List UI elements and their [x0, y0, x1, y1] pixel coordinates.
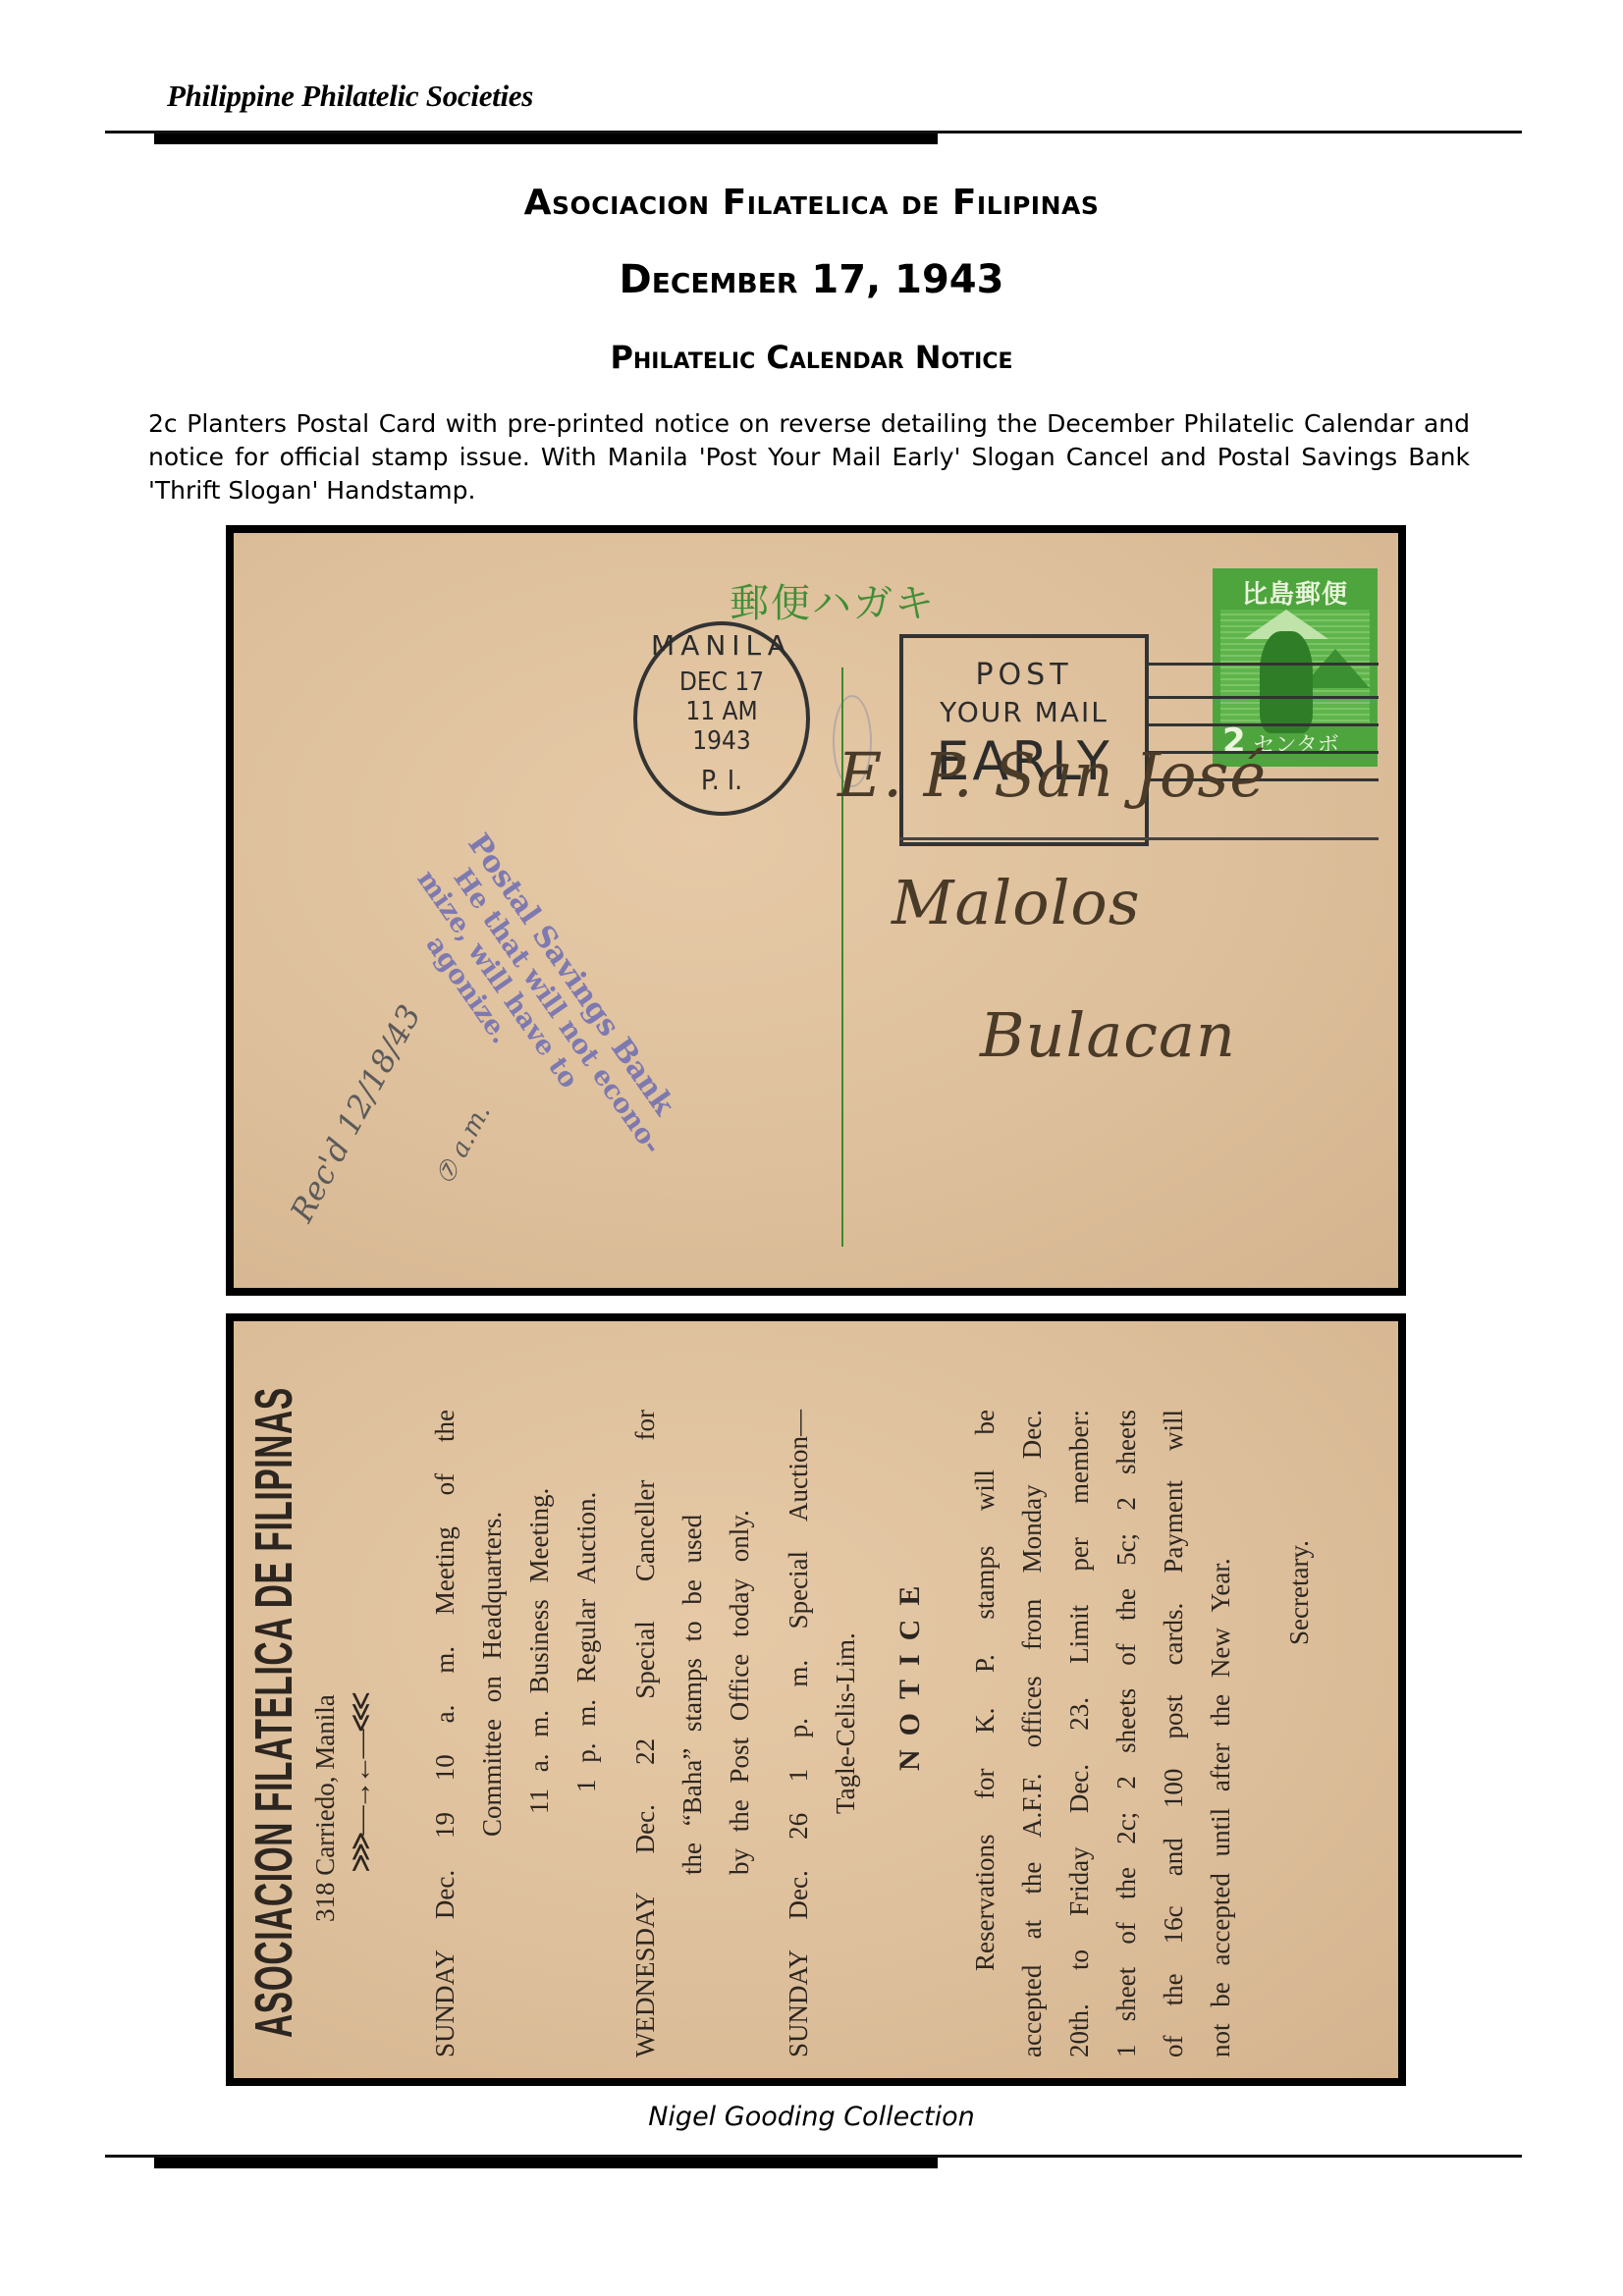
- rotated-notice: ASOCIACION FILATELICA DE FILIPINAS 318 C…: [234, 1321, 1398, 2077]
- calendar-line: Committee on Headquarters.: [477, 1512, 508, 1837]
- calendar-line: Tagle-Celis-Lim.: [831, 1632, 861, 1814]
- calendar-line: 1 p. m. Regular Auction.: [571, 1492, 602, 1792]
- notice-line: Reservations for K. P. stamps will be: [970, 1410, 1001, 1971]
- address-line-2: Malolos: [892, 867, 1141, 938]
- notice-heading: NOTICE: [893, 1573, 927, 1771]
- notice-line: 1 sheet of the 2c; 2 sheets of the 5c; 2…: [1111, 1410, 1142, 2057]
- slogan-base-line: [899, 837, 1379, 840]
- planter-stamp-imprint: 比島郵便 2センタボ: [1213, 568, 1378, 767]
- collection-caption: Nigel Gooding Collection: [0, 2102, 1623, 2132]
- org-name: ASOCIACION FILATELICA DE FILIPINAS: [243, 1387, 304, 2038]
- slogan-line-2: YOUR MAIL: [903, 696, 1145, 728]
- postmark-date: DEC 17: [637, 668, 806, 696]
- card-heading-japanese: 郵便ハガキ: [730, 572, 936, 628]
- postal-savings-handstamp: Postal Savings Bank He that will not eco…: [386, 828, 695, 1195]
- subject-title: Philatelic Calendar Notice: [0, 339, 1623, 376]
- slogan-line-1: POST: [903, 658, 1145, 692]
- stamp-inscription: 比島郵便: [1220, 574, 1370, 604]
- footer-rule-thick: [154, 2158, 938, 2168]
- notice-line: 20th. to Friday Dec. 23. Limit per membe…: [1064, 1410, 1095, 2057]
- date-title: December 17, 1943: [0, 257, 1623, 302]
- killer-bar: [1145, 723, 1379, 726]
- org-address: 318 Carriedo, Manila: [310, 1694, 341, 1922]
- item-description: 2c Planters Postal Card with pre-printed…: [148, 407, 1470, 507]
- notice-line: of the 16c and 100 post cards. Payment w…: [1159, 1410, 1189, 2057]
- received-time: ⑦ a.m.: [430, 1099, 497, 1190]
- postal-card-back: ASOCIACION FILATELICA DE FILIPINAS 318 C…: [226, 1313, 1406, 2086]
- society-title: Asociacion Filatelica de Filipinas: [0, 183, 1623, 223]
- postmark-time: 11 AM: [637, 698, 806, 725]
- killer-bar: [1145, 696, 1379, 699]
- postal-card-front: 郵便ハガキ MANILA DEC 17 11 AM 1943 P. I. POS…: [226, 525, 1406, 1296]
- calendar-line: 11 a. m. Business Meeting.: [524, 1488, 555, 1814]
- postmark-year: 1943: [637, 727, 806, 755]
- calendar-line: SUNDAY Dec. 19 10 a. m. Meeting of the: [430, 1410, 460, 2057]
- calendar-line: WEDNESDAY Dec. 22 Special Canceller for: [630, 1410, 661, 2057]
- planter-illustration: [1220, 610, 1370, 725]
- calendar-line: SUNDAY Dec. 26 1 p. m. Special Auction—: [784, 1410, 814, 2057]
- address-line-3: Bulacan: [980, 999, 1236, 1071]
- notice-text-block: ASOCIACION FILATELICA DE FILIPINAS 318 C…: [234, 1321, 1398, 2077]
- calendar-line: by the Post Office today only.: [725, 1510, 755, 1875]
- secretary-signature: Secretary.: [1284, 1540, 1315, 1645]
- notice-line: not be accepted until after the New Year…: [1206, 1558, 1236, 2057]
- notice-line: accepted at the A.F.F. offices from Mond…: [1017, 1410, 1048, 2057]
- killer-bar: [1145, 663, 1379, 666]
- address-line-1: E. P. San José: [838, 739, 1267, 811]
- calendar-line: the “Baha” stamps to be used: [677, 1515, 708, 1875]
- manila-postmark: MANILA DEC 17 11 AM 1943 P. I.: [633, 621, 810, 816]
- publication-header: Philippine Philatelic Societies: [167, 79, 533, 114]
- card-front-paper: 郵便ハガキ MANILA DEC 17 11 AM 1943 P. I. POS…: [234, 533, 1398, 1288]
- farmer-figure: [1260, 631, 1313, 733]
- postmark-country: P. I.: [637, 767, 806, 794]
- header-rule-thick: [154, 133, 938, 144]
- card-back-paper: ASOCIACION FILATELICA DE FILIPINAS 318 C…: [234, 1321, 1398, 2078]
- postmark-city: MANILA: [637, 629, 806, 662]
- arrow-ornament-icon: ⋙—→←—⋘: [344, 1695, 378, 1873]
- received-note: Rec'd 12/18/43: [283, 998, 428, 1227]
